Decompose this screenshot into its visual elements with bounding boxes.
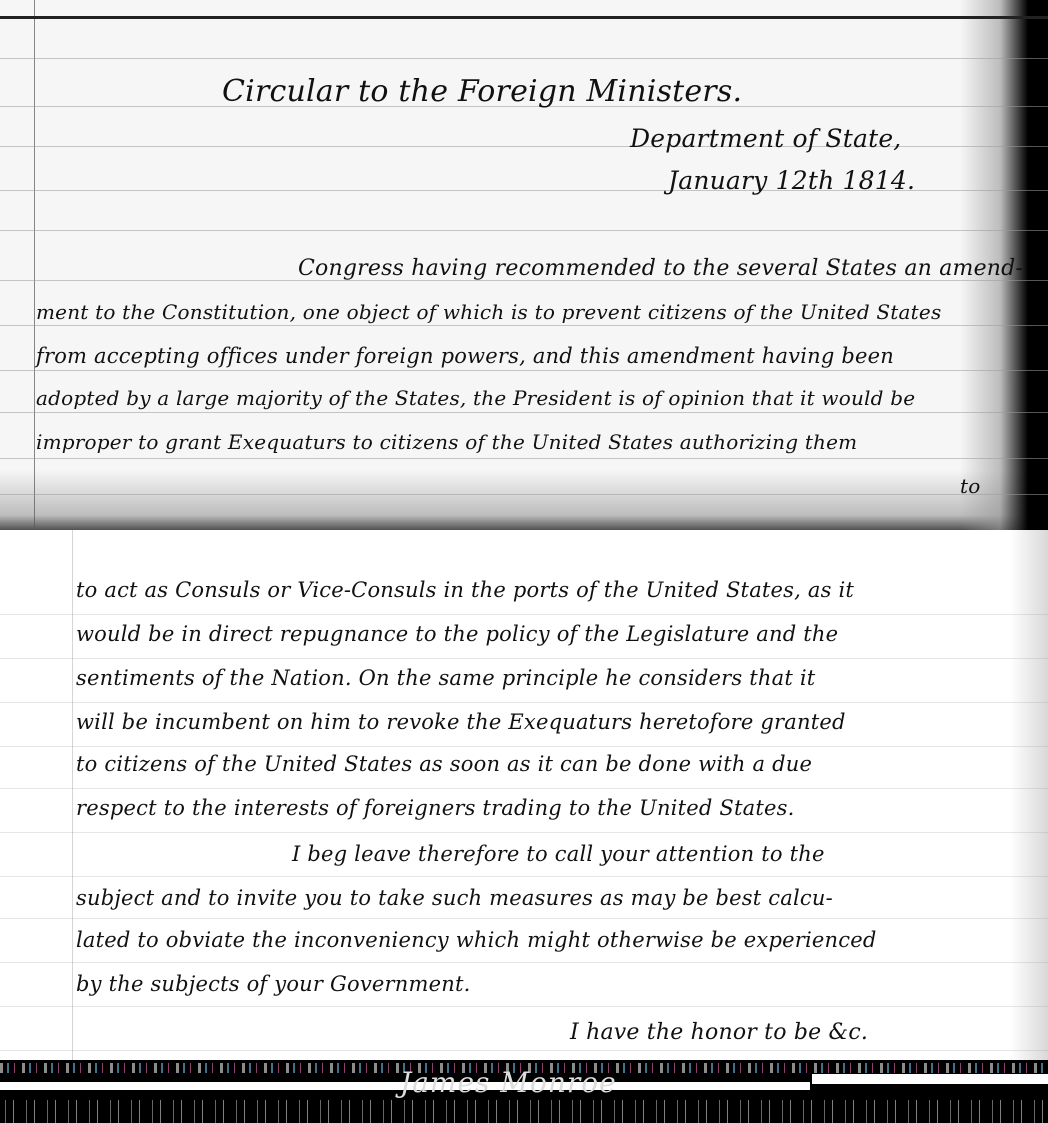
body-line: to citizens of the United States as soon… (76, 752, 812, 776)
body-line: sentiments of the Nation. On the same pr… (76, 666, 815, 690)
ruled-line (0, 614, 1048, 615)
ruled-line (0, 58, 1048, 59)
body-line: Congress having recommended to the sever… (298, 256, 1023, 281)
sender-location: Department of State, (630, 124, 901, 153)
body-line: by the subjects of your Government. (76, 972, 470, 996)
closing-salutation: I have the honor to be &c. (570, 1020, 868, 1045)
body-line: to act as Consuls or Vice-Consuls in the… (76, 578, 854, 602)
ruled-line (0, 1050, 1048, 1051)
ruled-line (0, 412, 1048, 413)
signature: James Monroe (400, 1066, 617, 1099)
body-line: will be incumbent on him to revoke the E… (76, 710, 846, 734)
ruled-line (0, 962, 1048, 963)
ruled-line (0, 746, 1048, 747)
ruled-line (0, 1006, 1048, 1007)
scan-band (812, 1074, 1048, 1084)
ruled-line (0, 918, 1048, 919)
body-line: ment to the Constitution, one object of … (36, 300, 941, 324)
document-title: Circular to the Foreign Ministers. (222, 74, 742, 109)
catchword: to (960, 474, 980, 498)
ruled-line (0, 370, 1048, 371)
ruled-line (0, 788, 1048, 789)
body-line: improper to grant Exequaturs to citizens… (36, 430, 857, 454)
body-line: respect to the interests of foreigners t… (76, 796, 794, 820)
lower-page-scan: to act as Consuls or Vice-Consuls in the… (0, 530, 1048, 1060)
ruled-line (0, 458, 1048, 459)
ruled-line (0, 230, 1048, 231)
scan-noise (0, 1100, 1048, 1123)
ruled-line (0, 702, 1048, 703)
ruled-line (0, 325, 1048, 326)
ruled-line (0, 876, 1048, 877)
signature-scan-strip: James Monroe (0, 1060, 1048, 1123)
left-margin-rule (72, 530, 73, 1060)
ruled-line (0, 832, 1048, 833)
ruled-line (0, 494, 1048, 495)
upper-page-scan: Circular to the Foreign Ministers. Depar… (0, 0, 1048, 530)
body-line: subject and to invite you to take such m… (76, 886, 833, 910)
letter-date: January 12th 1814. (668, 166, 915, 195)
body-line: I beg leave therefore to call your atten… (292, 842, 825, 866)
ruled-line (0, 658, 1048, 659)
body-line: would be in direct repugnance to the pol… (76, 622, 838, 646)
body-line: adopted by a large majority of the State… (36, 386, 915, 410)
body-line: from accepting offices under foreign pow… (36, 344, 894, 368)
body-line: lated to obviate the inconveniency which… (76, 928, 877, 952)
top-heavy-rule (0, 16, 1048, 19)
left-margin-rule (34, 0, 35, 530)
